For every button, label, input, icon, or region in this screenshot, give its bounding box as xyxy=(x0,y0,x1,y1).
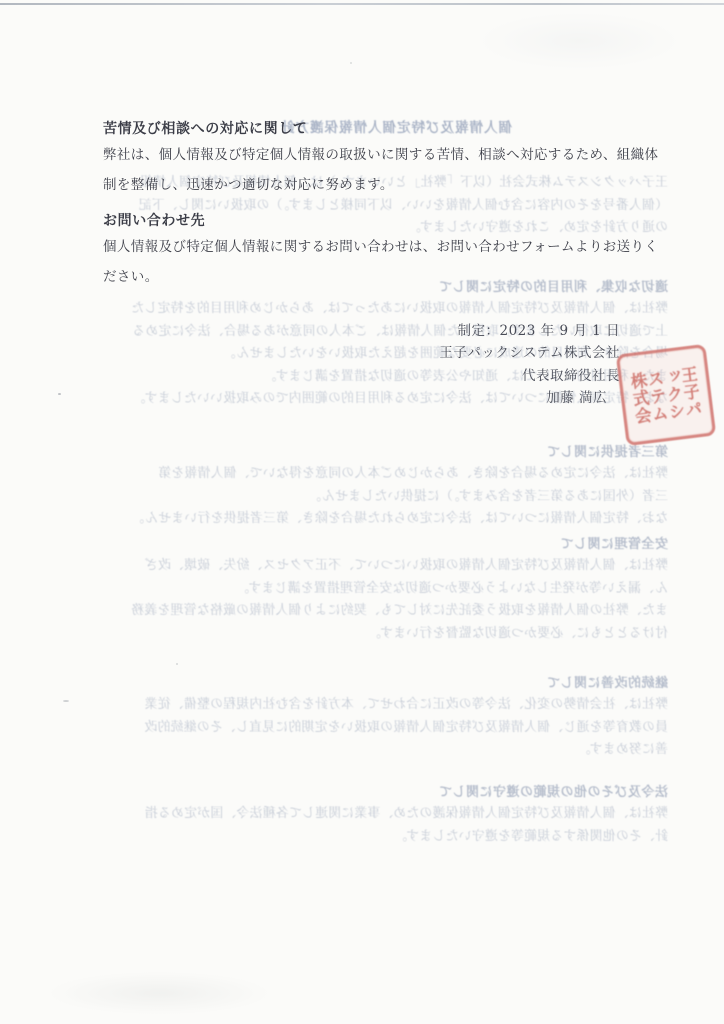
paragraph-line: 個人情報及び特定個人情報に関するお問い合わせは、お問い合わせフォームよりお送りく xyxy=(103,233,661,263)
front-text-layer: 苦情及び相談への対応に関して 弊社は、個人情報及び特定個人情報の取扱いに関する苦… xyxy=(0,0,724,1024)
section-heading-contact: お問い合わせ先 xyxy=(103,210,205,230)
section-body-contact: 個人情報及び特定個人情報に関するお問い合わせは、お問い合わせフォームよりお送りく… xyxy=(103,233,661,292)
section-body-complaints: 弊社は、個人情報及び特定個人情報の取扱いに関する苦情、相談へ対応するため、組織体… xyxy=(103,141,661,200)
scan-speck xyxy=(176,663,178,665)
paragraph-line: ださい。 xyxy=(103,263,661,293)
scan-speck xyxy=(58,393,61,395)
scanned-document-page: 個人情報及び特定個人情報保護方針 王子パックシステム株式会社（以下「弊社」といい… xyxy=(0,0,724,1024)
scan-speck xyxy=(350,62,352,64)
paragraph-line: 制を整備し、迅速かつ適切な対応に努めます。 xyxy=(103,171,661,201)
seal-text: 王子パックシステム株式会社 xyxy=(629,357,703,433)
section-heading-complaints: 苦情及び相談への対応に関して xyxy=(103,118,307,138)
representative-name: 加藤 満広 xyxy=(439,387,620,409)
scan-speck xyxy=(63,700,69,702)
company-name: 王子パックシステム株式会社 xyxy=(439,342,620,364)
enactment-date: 制定：2023 年 9 月 1 日 xyxy=(439,320,620,342)
company-seal-stamp: 王子パックシステム株式会社 xyxy=(616,344,717,446)
colophon: 制定：2023 年 9 月 1 日 王子パックシステム株式会社 代表取締役社長 … xyxy=(439,320,620,410)
paragraph-line: 弊社は、個人情報及び特定個人情報の取扱いに関する苦情、相談へ対応するため、組織体 xyxy=(103,141,661,171)
representative-title: 代表取締役社長 xyxy=(439,365,620,387)
